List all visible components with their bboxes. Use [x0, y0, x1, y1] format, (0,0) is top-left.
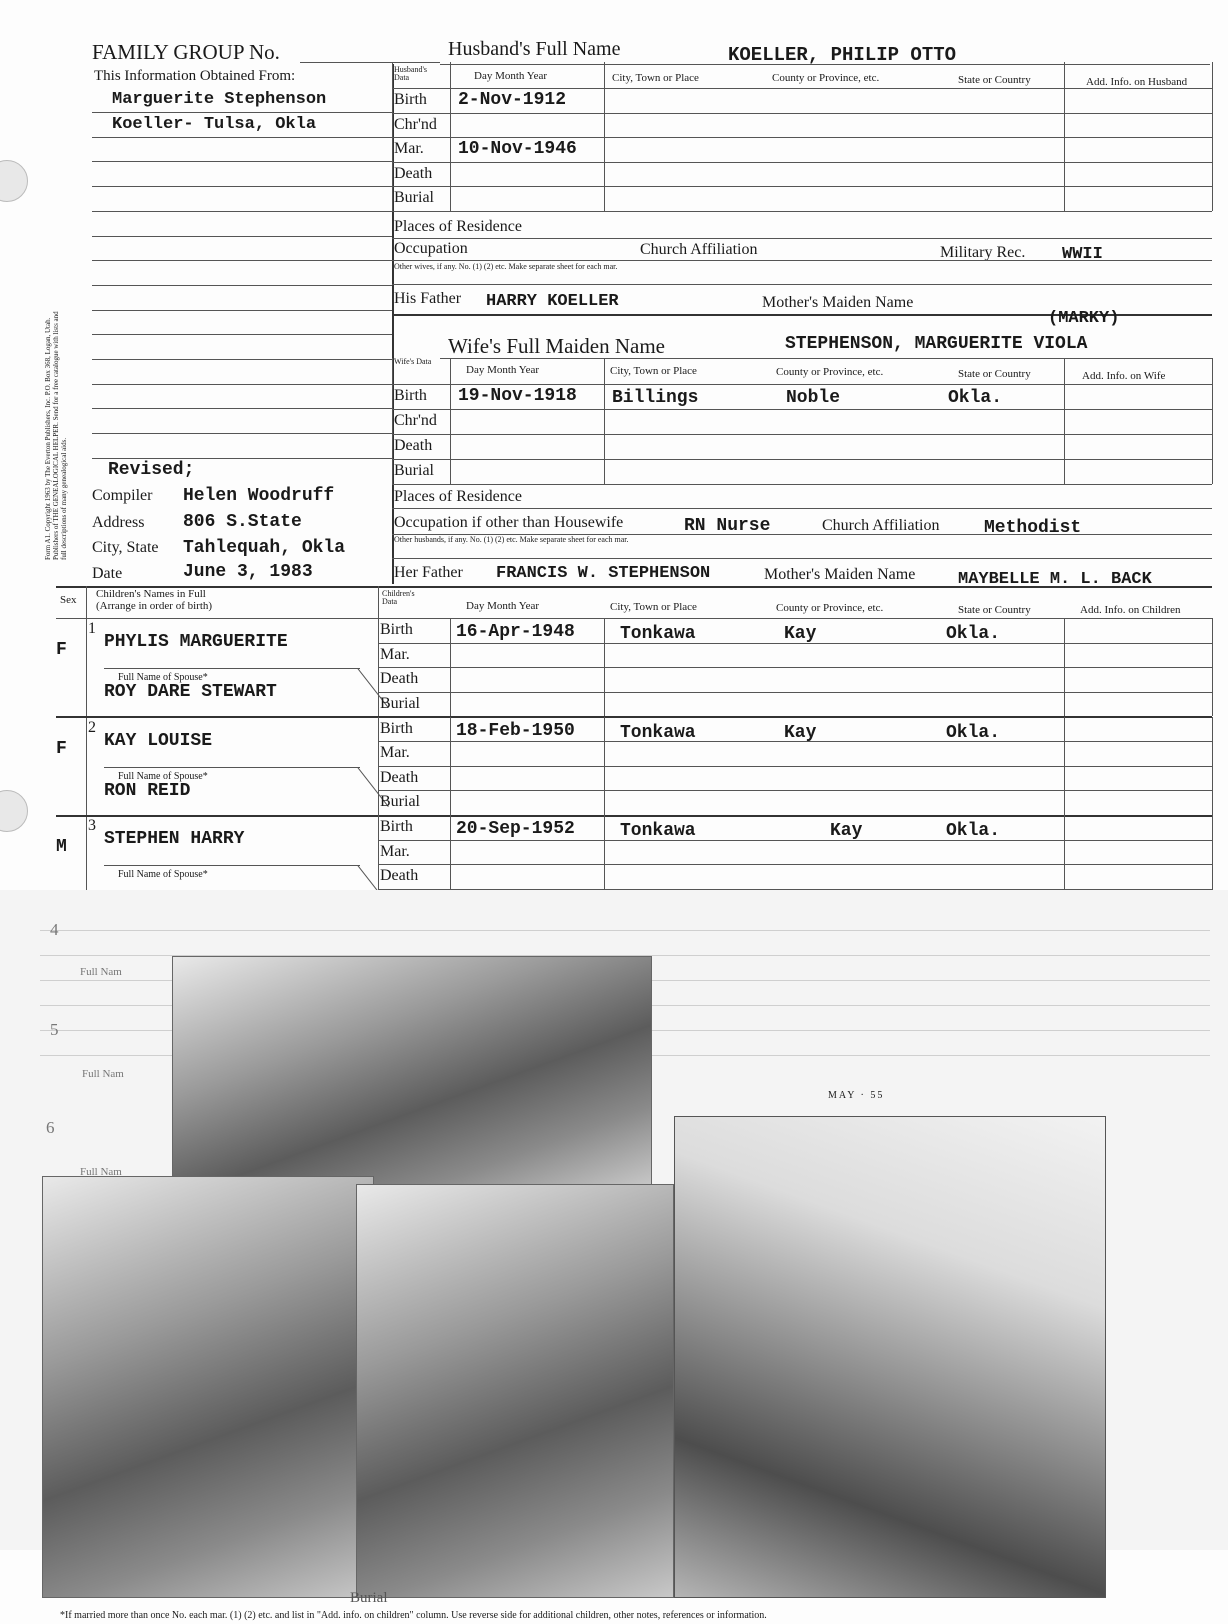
compiler-label: Compiler	[92, 487, 152, 505]
child-event-county: Kay	[784, 624, 816, 644]
child-event-label: Death	[380, 769, 418, 787]
child-event-date: 20-Sep-1952	[456, 819, 575, 839]
obtained-line-1: Marguerite Stephenson	[112, 90, 326, 109]
husband-name: KOELLER, PHILIP OTTO	[728, 44, 956, 66]
address-value: 806 S.State	[183, 512, 302, 532]
husband-event-label: Death	[394, 165, 432, 183]
husband-event-label: Chr'nd	[394, 116, 437, 134]
child-event-date: 18-Feb-1950	[456, 721, 575, 741]
wife-event-label: Death	[394, 437, 432, 455]
row-number-5: 5	[50, 1020, 59, 1040]
wife-event-label: Burial	[394, 462, 434, 480]
children-col-data: Children's Data	[382, 590, 430, 606]
husband-col-county: County or Province, etc.	[772, 72, 879, 84]
children-col-names: Children's Names in Full	[96, 588, 206, 600]
husband-event-label: Mar.	[394, 140, 424, 158]
child-event-label: Birth	[380, 720, 413, 738]
children-col-date: Day Month Year	[466, 600, 539, 612]
punch-hole-top	[0, 160, 28, 202]
child-event-state: Okla.	[946, 624, 1000, 644]
child-number: 3	[88, 817, 96, 835]
wife-church-value: Methodist	[984, 518, 1081, 538]
child-name: STEPHEN HARRY	[104, 829, 244, 849]
his-father-label: His Father	[394, 290, 461, 308]
child-spouse: ROY DARE STEWART	[104, 682, 277, 702]
wife-occupation-value: RN Nurse	[684, 516, 770, 536]
compiler-value: Helen Woodruff	[183, 486, 334, 506]
punch-hole-middle	[0, 790, 28, 832]
child-sex: M	[56, 837, 67, 857]
children-col-sex: Sex	[60, 594, 77, 606]
row-number-6: 6	[46, 1118, 55, 1138]
address-label: Address	[92, 514, 144, 532]
obtained-from-label: This Information Obtained From:	[94, 68, 295, 85]
husband-occupation-label: Occupation	[394, 240, 468, 258]
child-event-state: Okla.	[946, 821, 1000, 841]
husband-col-date: Day Month Year	[474, 70, 547, 82]
his-mother-label: Mother's Maiden Name	[762, 294, 913, 312]
husband-event-label: Birth	[394, 91, 427, 109]
child-event-label: Burial	[380, 793, 420, 811]
wife-event-state: Okla.	[948, 388, 1002, 408]
wife-col-date: Day Month Year	[466, 364, 539, 376]
child-name: KAY LOUISE	[104, 731, 212, 751]
wife-col-add: Add. Info. on Wife	[1082, 370, 1165, 382]
wife-nickname: (MARKY)	[1048, 309, 1119, 328]
child-spouse: RON REID	[104, 781, 190, 801]
other-husbands-label: Other husbands, if any. No. (1) (2) etc.…	[394, 536, 634, 544]
child-event-label: Mar.	[380, 744, 410, 762]
wife-data-label: Wife's Data	[394, 358, 434, 366]
photo-baby-in-highchair	[356, 1184, 674, 1598]
child-number: 2	[88, 719, 96, 737]
child-event-label: Birth	[380, 818, 413, 836]
child-event-county: Kay	[830, 821, 862, 841]
her-father-label: Her Father	[394, 564, 463, 582]
children-col-add: Add. Info. on Children	[1080, 604, 1181, 616]
child-name: PHYLIS MARGUERITE	[104, 632, 288, 652]
wife-event-county: Noble	[786, 388, 840, 408]
children-col-county: County or Province, etc.	[776, 602, 883, 614]
her-father-value: FRANCIS W. STEPHENSON	[496, 564, 710, 583]
children-col-names-sub: (Arrange in order of birth)	[96, 600, 212, 612]
child-event-county: Kay	[784, 723, 816, 743]
wife-name-label: Wife's Full Maiden Name	[448, 334, 665, 359]
date-label: Date	[92, 565, 122, 583]
husband-col-state: State or Country	[958, 74, 1031, 86]
footnote: *If married more than once No. each mar.…	[60, 1610, 767, 1621]
form-title: FAMILY GROUP No.	[92, 40, 280, 65]
child-event-label: Death	[380, 670, 418, 688]
city-state-value: Tahlequah, Okla	[183, 538, 345, 558]
child-event-city: Tonkawa	[620, 624, 696, 644]
child-event-label: Birth	[380, 621, 413, 639]
her-mother-label: Mother's Maiden Name	[764, 566, 915, 584]
other-wives-label: Other wives, if any. No. (1) (2) etc. Ma…	[394, 263, 634, 271]
photo-two-children	[42, 1176, 374, 1598]
date-value: June 3, 1983	[183, 562, 313, 582]
full-name-label-4: Full Nam	[80, 966, 122, 978]
wife-event-date: 19-Nov-1918	[458, 386, 577, 406]
city-state-label: City, State	[92, 539, 159, 557]
photo-boy-on-steps	[674, 1116, 1106, 1598]
wife-event-label: Birth	[394, 387, 427, 405]
full-name-label-5: Full Nam	[82, 1068, 124, 1080]
wife-col-city: City, Town or Place	[610, 365, 697, 377]
photo-nurse-portrait	[172, 956, 652, 1188]
photo-date-stamp: MAY · 55	[828, 1090, 884, 1101]
child-event-city: Tonkawa	[620, 821, 696, 841]
husband-residence-label: Places of Residence	[394, 218, 522, 236]
wife-col-state: State or Country	[958, 368, 1031, 380]
child-event-label: Mar.	[380, 843, 410, 861]
revised-label: Revised;	[108, 460, 194, 480]
wife-residence-label: Places of Residence	[394, 488, 522, 506]
copyright-notice: Form A1. Copyright 1963 by The Everton P…	[44, 300, 84, 560]
child-spouse-label: Full Name of Spouse*	[118, 869, 208, 880]
wife-event-label: Chr'nd	[394, 412, 437, 430]
husband-col-city: City, Town or Place	[612, 72, 699, 84]
child-event-date: 16-Apr-1948	[456, 622, 575, 642]
wife-event-city: Billings	[612, 388, 698, 408]
children-col-city: City, Town or Place	[610, 601, 697, 613]
husband-event-date: 2-Nov-1912	[458, 90, 566, 110]
husband-data-label: Husband's Data	[394, 66, 440, 82]
wife-name: STEPHENSON, MARGUERITE VIOLA	[785, 334, 1087, 354]
child-sex: F	[56, 640, 67, 660]
husband-name-label: Husband's Full Name	[448, 38, 620, 61]
child-event-label: Death	[380, 867, 418, 885]
husband-military-value: WWII	[1062, 245, 1103, 264]
child-event-label: Mar.	[380, 646, 410, 664]
row-number-4: 4	[50, 920, 59, 940]
child-event-city: Tonkawa	[620, 723, 696, 743]
husband-event-label: Burial	[394, 189, 434, 207]
his-father-value: HARRY KOELLER	[486, 292, 619, 311]
child-sex: F	[56, 739, 67, 759]
wife-church-label: Church Affiliation	[822, 517, 939, 535]
child-event-label: Burial	[380, 695, 420, 713]
husband-col-add: Add. Info. on Husband	[1086, 76, 1187, 88]
wife-col-county: County or Province, etc.	[776, 366, 883, 378]
husband-event-date: 10-Nov-1946	[458, 139, 577, 159]
child-event-state: Okla.	[946, 723, 1000, 743]
children-col-state: State or Country	[958, 604, 1031, 616]
wife-occupation-label: Occupation if other than Housewife	[394, 514, 623, 532]
husband-church-label: Church Affiliation	[640, 241, 757, 259]
obtained-line-2: Koeller- Tulsa, Okla	[112, 115, 316, 134]
child-number: 1	[88, 620, 96, 638]
burial-label-bottom: Burial	[350, 1590, 388, 1607]
